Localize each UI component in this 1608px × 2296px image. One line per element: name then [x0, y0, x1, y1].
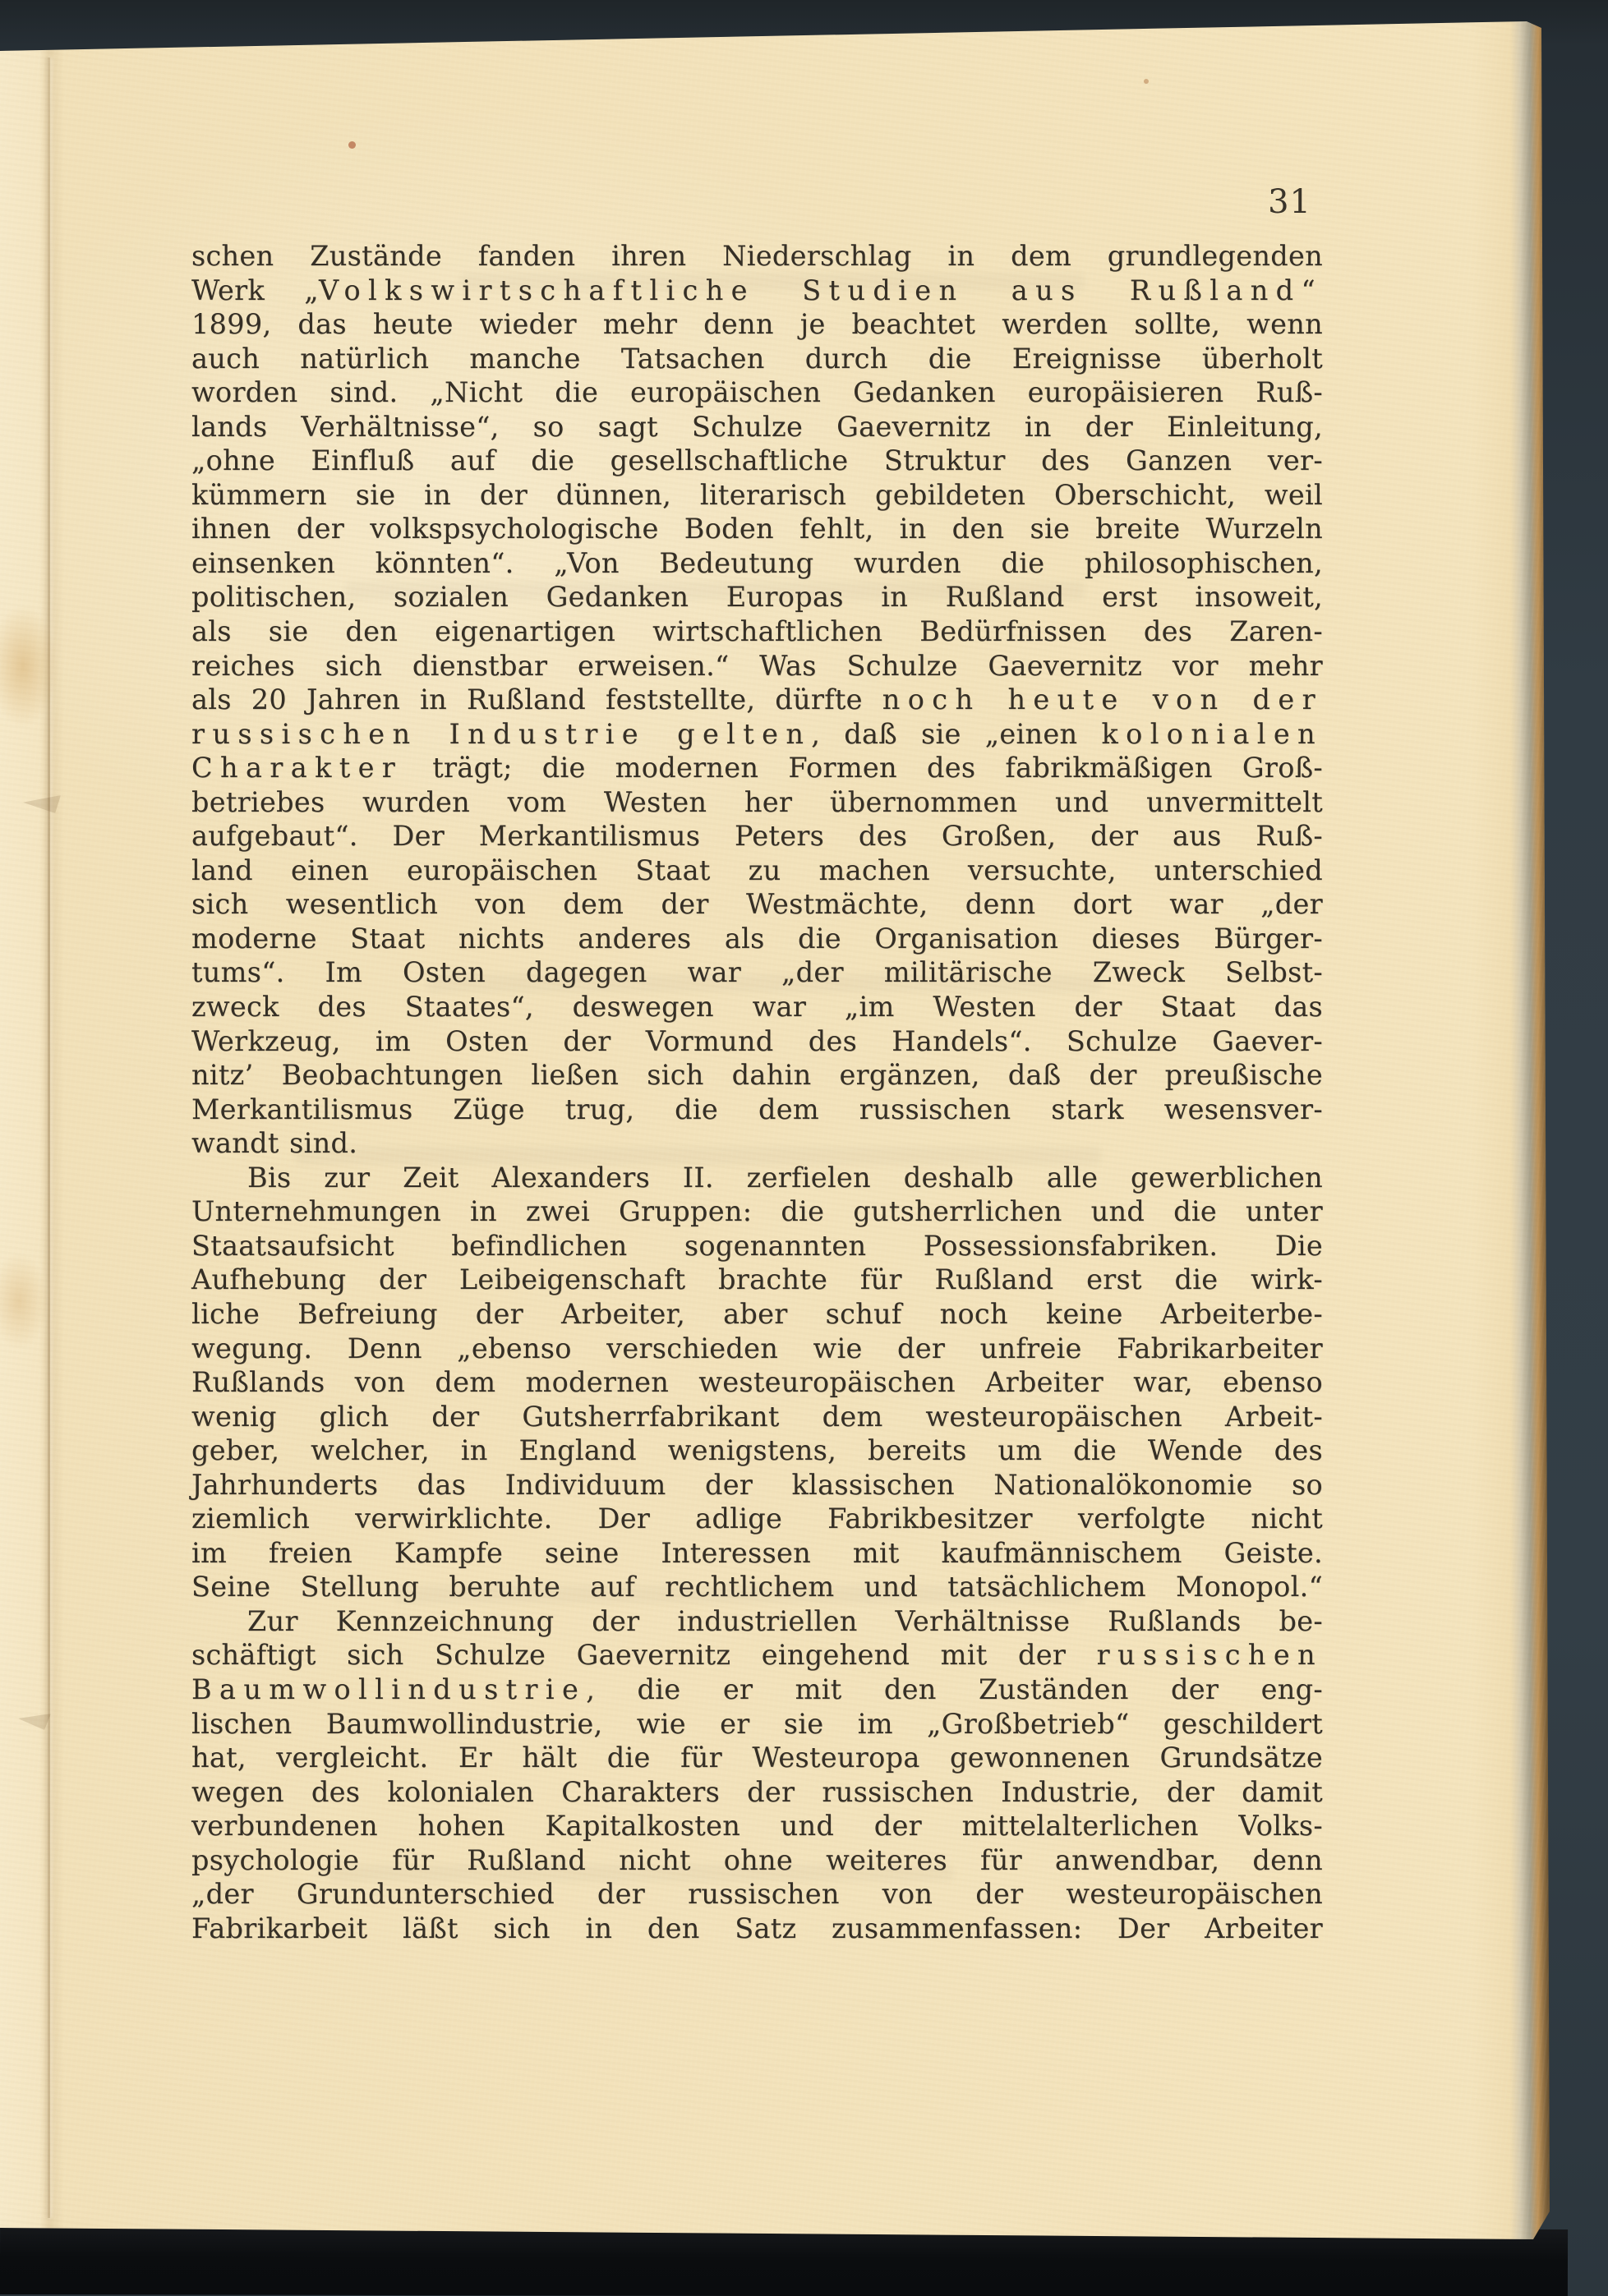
- text-segment: Werk „: [191, 274, 319, 306]
- text-segment: , die er mit den Zuständen der eng-: [586, 1673, 1323, 1705]
- text-segment: Zur Kennzeichnung der industriellen Verh…: [247, 1605, 1323, 1637]
- text-segment: schen Zustände fanden ihren Niederschlag…: [191, 240, 1323, 272]
- text-line: ziemlich verwirklichte. Der adlige Fabri…: [191, 1502, 1323, 1536]
- text-segment: psychologie für Rußland nicht ohne weite…: [191, 1844, 1323, 1876]
- text-segment: sich wesentlich von dem der Westmächte, …: [191, 888, 1323, 920]
- text-segment: Unternehmungen in zwei Gruppen: die guts…: [191, 1195, 1323, 1227]
- letterspaced-text: russischen Industrie gelten: [191, 718, 811, 750]
- text-line: ihnen der volkspsychologische Boden fehl…: [191, 512, 1323, 546]
- text-line: als 20 Jahren in Rußland feststellte, dü…: [191, 683, 1323, 717]
- text-segment: Jahrhunderts das Individuum der klassisc…: [191, 1469, 1323, 1501]
- text-line: wegen des kolonialen Charakters der russ…: [191, 1775, 1323, 1810]
- text-segment: 1899, das heute wieder mehr denn je beac…: [191, 308, 1323, 340]
- page-number: 31: [986, 184, 1311, 220]
- text-segment: ziemlich verwirklichte. Der adlige Fabri…: [191, 1502, 1323, 1535]
- text-line: schen Zustände fanden ihren Niederschlag…: [191, 239, 1323, 274]
- text-line: Werk „Volkswirtschaftliche Studien aus R…: [191, 274, 1323, 308]
- text-segment: lands Verhältnisse“, so sagt Schulze Gae…: [191, 411, 1323, 443]
- text-line: lischen Baumwollindustrie, wie er sie im…: [191, 1707, 1323, 1742]
- text-line: „ohne Einfluß auf die gesellschaftliche …: [191, 444, 1323, 478]
- paper-speck: [1144, 79, 1149, 84]
- text-segment: einsenken könnten“. „Von Bedeutung wurde…: [191, 547, 1323, 579]
- text-line: Charakter trägt; die modernen Formen des…: [191, 751, 1323, 785]
- text-line: betriebes wurden vom Westen her übernomm…: [191, 785, 1323, 820]
- text-line: hat, vergleicht. Er hält die für Westeur…: [191, 1741, 1323, 1775]
- text-line: liche Befreiung der Arbeiter, aber schuf…: [191, 1297, 1323, 1332]
- text-segment: zweck des Staates“, deswegen war „im Wes…: [191, 991, 1323, 1023]
- text-segment: aufgebaut“. Der Merkantilismus Peters de…: [191, 820, 1323, 852]
- text-segment: Seine Stellung beruhte auf rechtlichem u…: [191, 1571, 1323, 1603]
- text-line: psychologie für Rußland nicht ohne weite…: [191, 1843, 1323, 1878]
- text-line: Merkantilismus Züge trug, die dem russis…: [191, 1093, 1323, 1127]
- text-segment: politischen, sozialen Gedanken Europas i…: [191, 581, 1323, 613]
- text-segment: , daß sie „einen: [811, 718, 1101, 750]
- text-segment: Fabrikarbeit läßt sich in den Satz zusam…: [191, 1912, 1323, 1944]
- text-segment: betriebes wurden vom Westen her übernomm…: [191, 786, 1323, 818]
- text-segment: schäftigt sich Schulze Gaevernitz eingeh…: [191, 1639, 1097, 1671]
- letterspaced-text: kolonialen: [1101, 718, 1323, 750]
- text-segment: ihnen der volkspsychologische Boden fehl…: [191, 513, 1323, 545]
- text-segment: wegen des kolonialen Charakters der russ…: [191, 1776, 1323, 1808]
- text-segment: worden sind. „Nicht die europäischen Ged…: [191, 376, 1323, 408]
- text-line: Bis zur Zeit Alexanders II. zerfielen de…: [191, 1161, 1323, 1195]
- text-line: worden sind. „Nicht die europäischen Ged…: [191, 375, 1323, 410]
- text-line: zweck des Staates“, deswegen war „im Wes…: [191, 990, 1323, 1024]
- letterspaced-text: Charakter: [191, 752, 403, 784]
- letterspaced-text: Volkswirtschaftliche Studien aus Rußland…: [319, 274, 1323, 306]
- text-line: kümmern sie in der dünnen, literarisch g…: [191, 478, 1323, 513]
- text-segment: „ohne Einfluß auf die gesellschaftliche …: [191, 444, 1323, 476]
- text-segment: kümmern sie in der dünnen, literarisch g…: [191, 479, 1323, 511]
- text-line: Staatsaufsicht befindlichen sogenannten …: [191, 1229, 1323, 1263]
- text-line: einsenken könnten“. „Von Bedeutung wurde…: [191, 546, 1323, 581]
- text-line: Seine Stellung beruhte auf rechtlichem u…: [191, 1570, 1323, 1604]
- text-line: aufgebaut“. Der Merkantilismus Peters de…: [191, 819, 1323, 854]
- text-segment: liche Befreiung der Arbeiter, aber schuf…: [191, 1298, 1323, 1330]
- text-segment: wandt sind.: [191, 1127, 357, 1159]
- text-segment: „der Grundunterschied der russischen von…: [191, 1878, 1323, 1910]
- text-line: verbundenen hohen Kapitalkosten und der …: [191, 1809, 1323, 1843]
- text-segment: moderne Staat nichts anderes als die Org…: [191, 923, 1323, 955]
- text-line: 1899, das heute wieder mehr denn je beac…: [191, 307, 1323, 342]
- scanned-book-photo: 31 schen Zustände fanden ihren Niedersch…: [0, 0, 1608, 2296]
- text-line: sich wesentlich von dem der Westmächte, …: [191, 887, 1323, 922]
- text-line: auch natürlich manche Tatsachen durch di…: [191, 342, 1323, 376]
- text-segment: als 20 Jahren in Rußland feststellte, dü…: [191, 683, 882, 715]
- text-line: Jahrhunderts das Individuum der klassisc…: [191, 1468, 1323, 1502]
- text-segment: Merkantilismus Züge trug, die dem russis…: [191, 1093, 1323, 1125]
- text-segment: verbundenen hohen Kapitalkosten und der …: [191, 1810, 1323, 1842]
- text-segment: wegung. Denn „ebenso verschieden wie der…: [191, 1332, 1323, 1364]
- text-segment: land einen europäischen Staat zu machen …: [191, 854, 1323, 886]
- text-line: Unternehmungen in zwei Gruppen: die guts…: [191, 1194, 1323, 1229]
- text-line: schäftigt sich Schulze Gaevernitz eingeh…: [191, 1638, 1323, 1673]
- text-segment: nitz’ Beobachtungen ließen sich dahin er…: [191, 1059, 1323, 1091]
- text-segment: auch natürlich manche Tatsachen durch di…: [191, 343, 1323, 375]
- text-line: land einen europäischen Staat zu machen …: [191, 854, 1323, 888]
- text-line: moderne Staat nichts anderes als die Org…: [191, 922, 1323, 956]
- text-line: Zur Kennzeichnung der industriellen Verh…: [191, 1604, 1323, 1639]
- text-segment: als sie den eigenartigen wirtschaftliche…: [191, 615, 1323, 647]
- text-line: Werkzeug, im Osten der Vormund des Hande…: [191, 1024, 1323, 1059]
- text-segment: Staatsaufsicht befindlichen sogenannten …: [191, 1230, 1323, 1262]
- text-segment: geber, welcher, in England wenigstens, b…: [191, 1434, 1323, 1466]
- text-segment: wenig glich der Gutsherrfabrikant dem we…: [191, 1401, 1323, 1433]
- text-segment: Werkzeug, im Osten der Vormund des Hande…: [191, 1025, 1323, 1057]
- paper-speck: [348, 141, 356, 149]
- gutter-crease: [48, 58, 50, 2218]
- text-line: Aufhebung der Leibeigenschaft brachte fü…: [191, 1263, 1323, 1297]
- text-segment: hat, vergleicht. Er hält die für Westeur…: [191, 1742, 1323, 1774]
- text-line: reiches sich dienstbar erweisen.“ Was Sc…: [191, 649, 1323, 683]
- text-line: wandt sind.: [191, 1126, 1323, 1161]
- text-line: nitz’ Beobachtungen ließen sich dahin er…: [191, 1058, 1323, 1093]
- text-line: wegung. Denn „ebenso verschieden wie der…: [191, 1332, 1323, 1366]
- text-line: geber, welcher, in England wenigstens, b…: [191, 1433, 1323, 1468]
- text-block: schen Zustände fanden ihren Niederschlag…: [191, 239, 1323, 1945]
- text-line: Rußlands von dem modernen westeuropäisch…: [191, 1365, 1323, 1400]
- text-segment: lischen Baumwollindustrie, wie er sie im…: [191, 1708, 1323, 1740]
- text-line: tums“. Im Osten dagegen war „der militär…: [191, 955, 1323, 990]
- text-line: wenig glich der Gutsherrfabrikant dem we…: [191, 1400, 1323, 1434]
- text-segment: tums“. Im Osten dagegen war „der militär…: [191, 956, 1323, 988]
- text-line: im freien Kampfe seine Interessen mit ka…: [191, 1536, 1323, 1571]
- text-segment: reiches sich dienstbar erweisen.“ Was Sc…: [191, 650, 1323, 682]
- letterspaced-text: russischen: [1097, 1639, 1323, 1671]
- letterspaced-text: Baumwollindustrie: [191, 1673, 586, 1705]
- text-segment: Aufhebung der Leibeigenschaft brachte fü…: [191, 1263, 1323, 1295]
- text-segment: Rußlands von dem modernen westeuropäisch…: [191, 1366, 1323, 1398]
- text-segment: trägt; die modernen Formen des fabrikmäß…: [403, 752, 1323, 784]
- text-line: Baumwollindustrie, die er mit den Zustän…: [191, 1673, 1323, 1707]
- text-line: russischen Industrie gelten, daß sie „ei…: [191, 717, 1323, 752]
- text-segment: Bis zur Zeit Alexanders II. zerfielen de…: [247, 1162, 1323, 1194]
- text-line: lands Verhältnisse“, so sagt Schulze Gae…: [191, 410, 1323, 444]
- text-segment: im freien Kampfe seine Interessen mit ka…: [191, 1537, 1323, 1569]
- text-line: Fabrikarbeit läßt sich in den Satz zusam…: [191, 1912, 1323, 1946]
- text-line: „der Grundunterschied der russischen von…: [191, 1877, 1323, 1912]
- text-line: politischen, sozialen Gedanken Europas i…: [191, 580, 1323, 614]
- letterspaced-text: noch heute von der: [882, 683, 1323, 715]
- text-line: als sie den eigenartigen wirtschaftliche…: [191, 614, 1323, 649]
